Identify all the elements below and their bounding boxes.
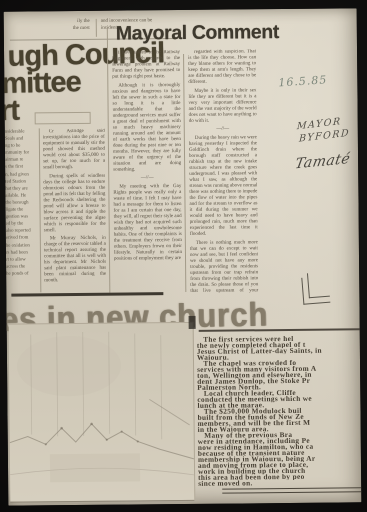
- mayoral-column-1: I have talked to the Railway Engineers w…: [112, 50, 182, 295]
- paragraph: During spells of windless days the colle…: [43, 173, 106, 234]
- paragraph: My meeting with the Gay Rights people wa…: [113, 184, 182, 263]
- article-top-rule: [199, 328, 360, 332]
- paragraph: Maybe it is only in their sex life they …: [188, 88, 256, 125]
- article-bottom-rule: [222, 487, 361, 489]
- top-strip-text: the most: [10, 25, 90, 32]
- paragraph: Cr Astridge said investigations into the…: [43, 129, 105, 172]
- paragraph: Mr Murray Nichols, in charge of the rese…: [44, 236, 106, 285]
- handwritten-signature: Tamaté: [294, 151, 352, 173]
- article-bottom-rule: [222, 491, 361, 493]
- column-rule: [39, 128, 42, 292]
- paragraph: Although it is thoroughly anxious and da…: [112, 83, 181, 174]
- church-article-column: The first services were helthe newly com…: [197, 335, 361, 487]
- column-rule: [183, 54, 186, 292]
- mayoral-headline: Mayoral Comment: [116, 21, 279, 46]
- paragraph: —//—: [113, 175, 181, 182]
- church-photo-detail: [9, 323, 195, 502]
- left-article-sliver-column: nsiderableSeals andng to bemmunity for a…: [5, 128, 38, 294]
- top-strip-left: ily the the most: [10, 19, 90, 33]
- section-rule: [11, 292, 163, 296]
- paragraph: I have talked to the Railway Engineers w…: [112, 50, 180, 81]
- paragraph: During the heavy rain we were having yes…: [189, 135, 258, 238]
- scan-corner-mark: [189, 316, 196, 329]
- left-article-body-column: Cr Astridge said investigations into the…: [43, 129, 107, 294]
- handwritten-date: 16.5.85: [278, 73, 328, 89]
- paragraph: —//—: [189, 126, 257, 133]
- headline-line: rt: [4, 95, 20, 128]
- paragraph: There is nothing much more that we can d…: [190, 240, 259, 294]
- top-strip-divider: [96, 19, 97, 37]
- mayoral-column-2: regarded with suspicion. That is the lif…: [188, 49, 258, 294]
- subhead-box: [35, 112, 91, 125]
- article-line: since moved on.: [198, 479, 361, 487]
- pen-bracket-mark-inner: [307, 272, 330, 299]
- paragraph: regarded with suspicion. That is the lif…: [188, 49, 256, 86]
- scanned-clipping-page: ily the the most and inconvenience can b…: [0, 0, 367, 512]
- church-photo: [9, 322, 196, 502]
- newspaper-page: ily the the most and inconvenience can b…: [4, 8, 362, 505]
- pen-bracket-mark: [301, 276, 330, 305]
- text-fragment: he ponds of: [6, 270, 37, 277]
